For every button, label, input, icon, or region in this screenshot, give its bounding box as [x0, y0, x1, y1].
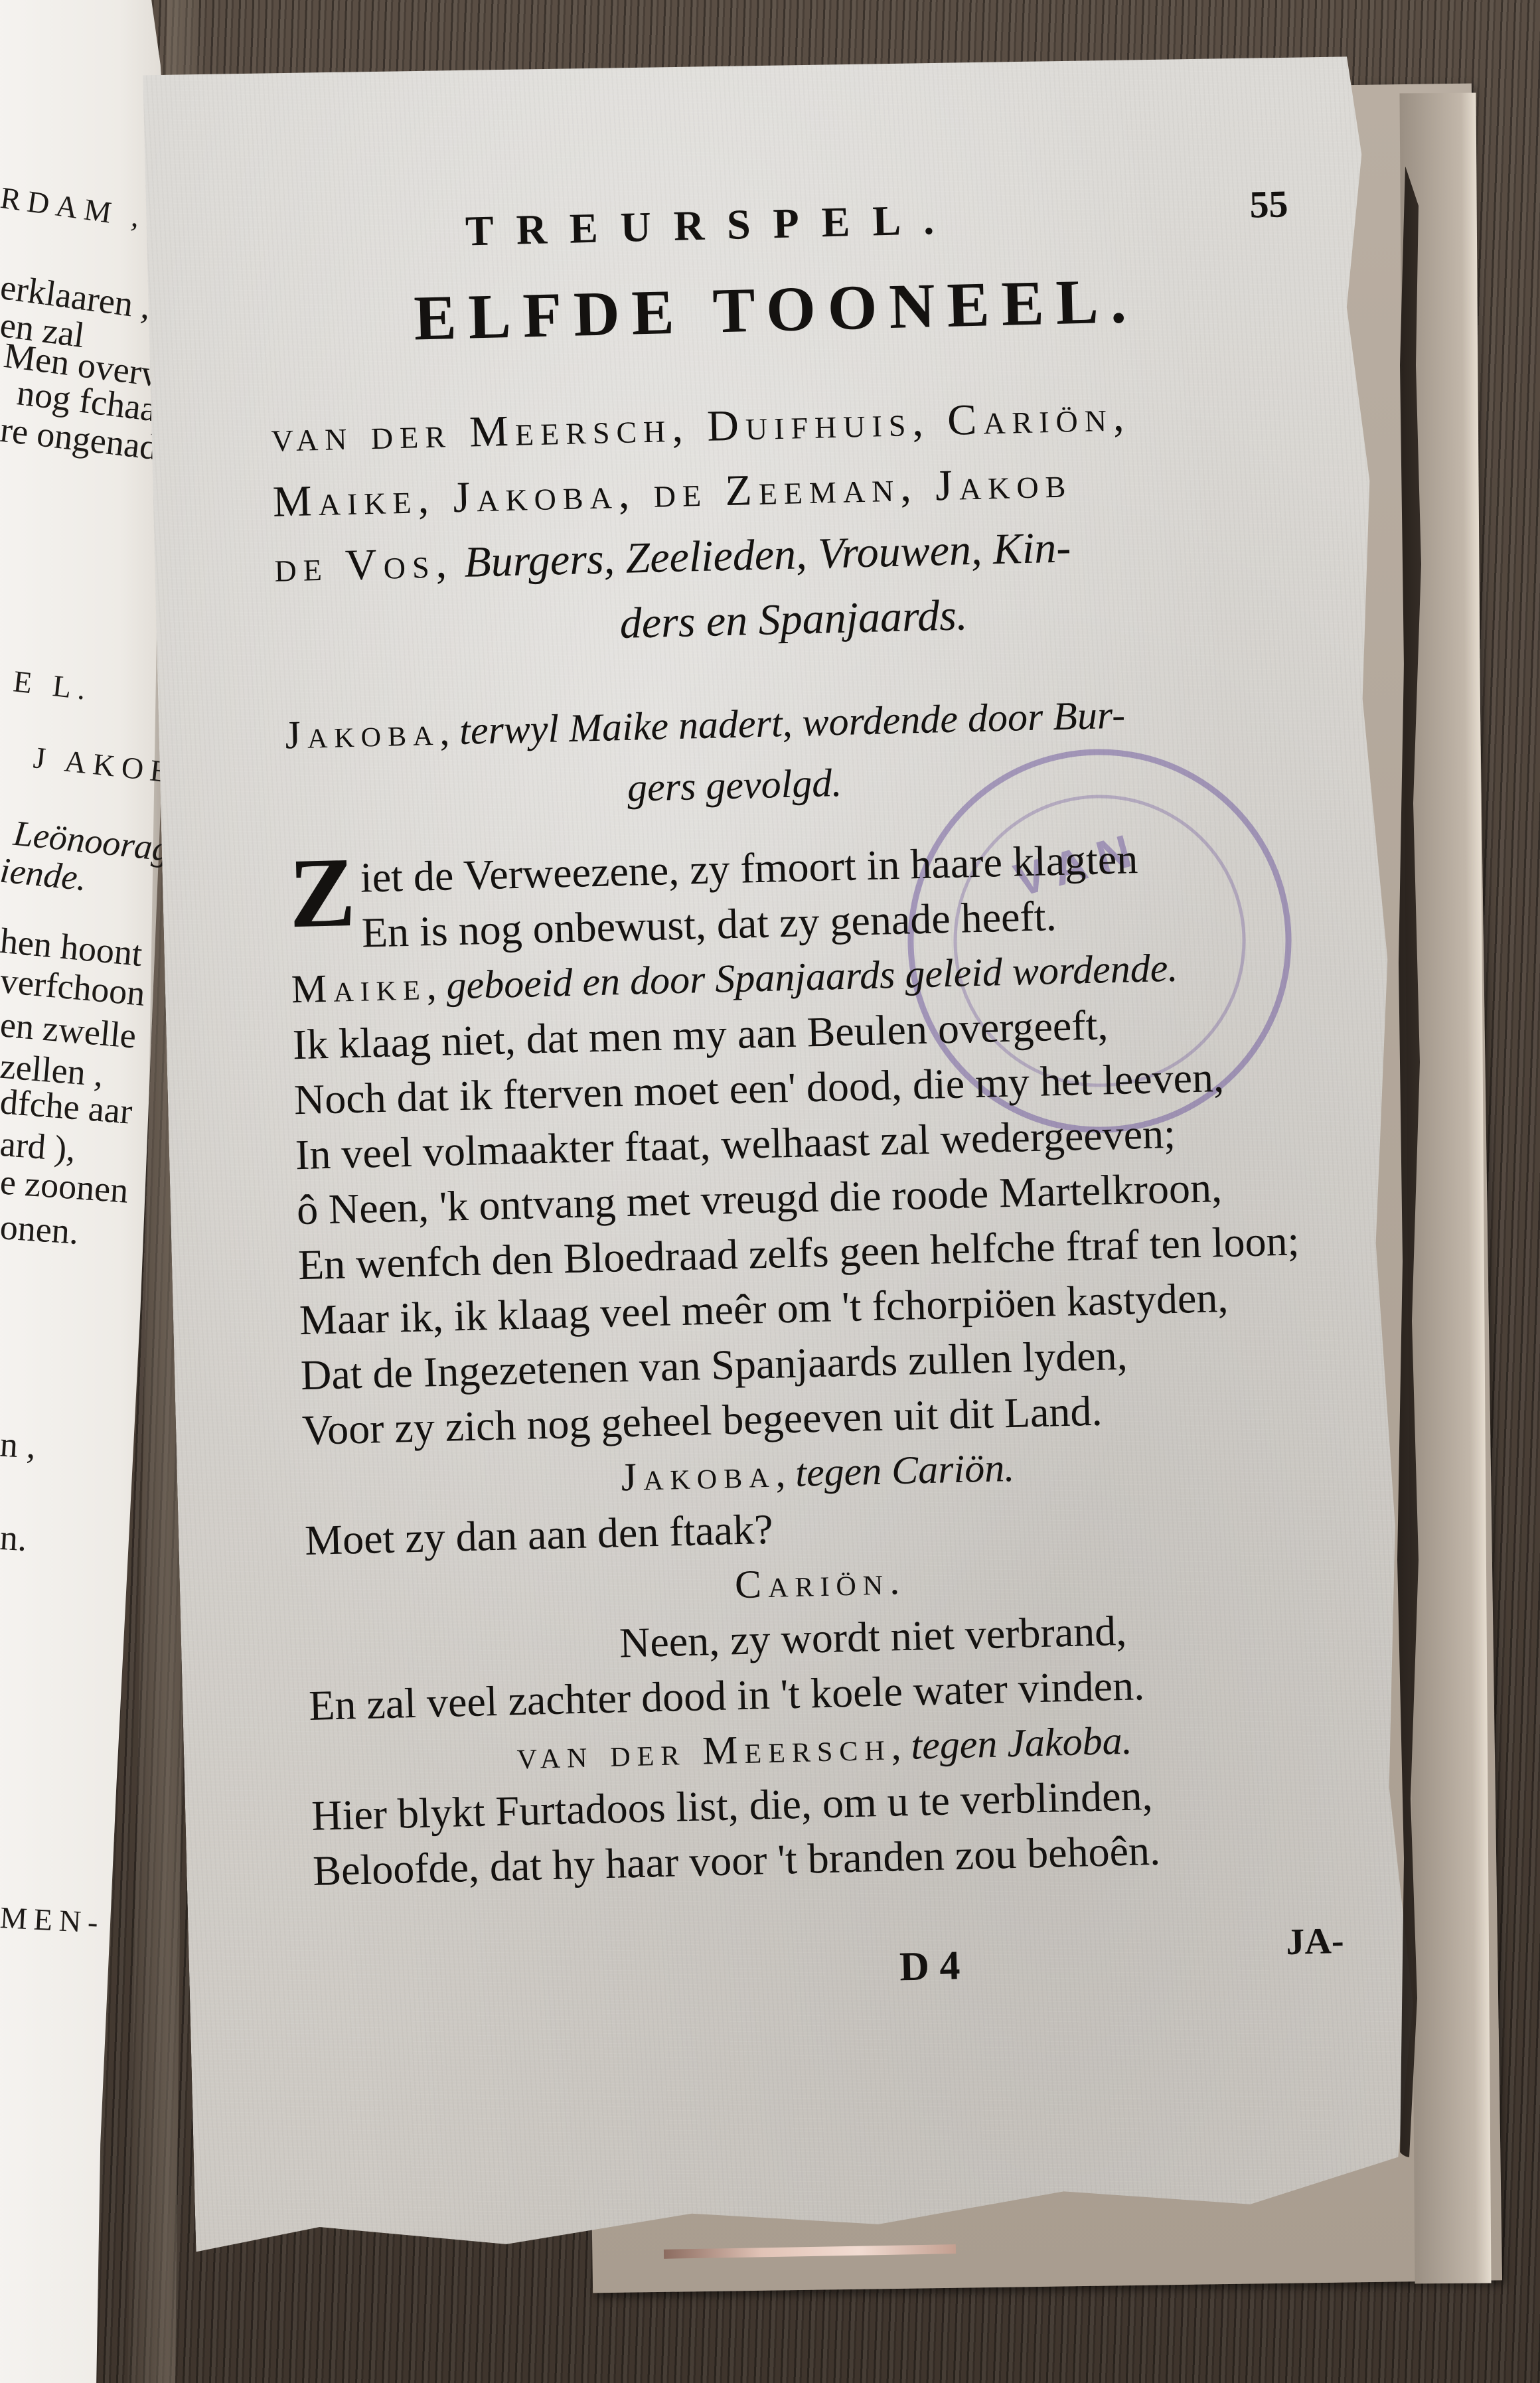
speaker-name: Maike — [291, 964, 427, 1011]
stage-direction-text-2: gers gevolgd. — [286, 741, 1316, 827]
left-page-fragment: ard ), — [0, 1126, 77, 1167]
stage-direction-speaker: Jakoba — [285, 710, 440, 757]
character-names-tail: de Vos, — [273, 538, 453, 591]
page-content: TREURSPEL. 55 ELFDE TOONEEL. van der Mee… — [272, 187, 1345, 2025]
left-page-fragment: iende. — [0, 852, 88, 897]
right-page: VAN TREURSPEL. 55 ELFDE TOONEEL. van der… — [143, 45, 1437, 2252]
left-page-fragment: onen. — [0, 1209, 80, 1250]
left-page-fragment: n , — [0, 1426, 37, 1464]
stage-direction: tegen Jakoba. — [911, 1719, 1133, 1768]
drop-cap: Z — [288, 856, 356, 930]
speaker-name: Cariön. — [734, 1559, 907, 1606]
dialogue-block: Ziet de Verweezene, zy fmoort in haare k… — [288, 826, 1342, 1898]
signature-mark: D 4 — [899, 1942, 961, 1991]
left-page-fragment: n. — [0, 1519, 28, 1557]
stage-direction-text-1: terwyl Maike nadert, wordende door Bur- — [459, 692, 1125, 752]
stage-direction: tegen Cariön. — [795, 1446, 1014, 1495]
speaker-name: van der Meersch — [516, 1725, 891, 1778]
character-groups: Burgers, Zeelieden, Vrouwen, Kin- — [463, 523, 1071, 586]
page-number: 55 — [1249, 181, 1289, 226]
comma: , — [439, 709, 460, 753]
comma: , — [426, 964, 447, 1008]
character-list: van der Meersch, Duifhuis, Cariön, Maike… — [270, 380, 1312, 665]
comma: , — [891, 1724, 912, 1768]
speaker-name: Jakoba — [621, 1452, 776, 1499]
left-page-fragment: dfche aar — [0, 1083, 133, 1129]
left-page-fragment: e zoonen — [0, 1164, 129, 1208]
comma: , — [775, 1451, 796, 1496]
opening-stage-direction: Jakoba, terwyl Maike nadert, wordende do… — [284, 680, 1316, 827]
catchword: JA- — [1286, 1920, 1345, 1963]
left-page-fragment: MEN- — [0, 1902, 106, 1938]
